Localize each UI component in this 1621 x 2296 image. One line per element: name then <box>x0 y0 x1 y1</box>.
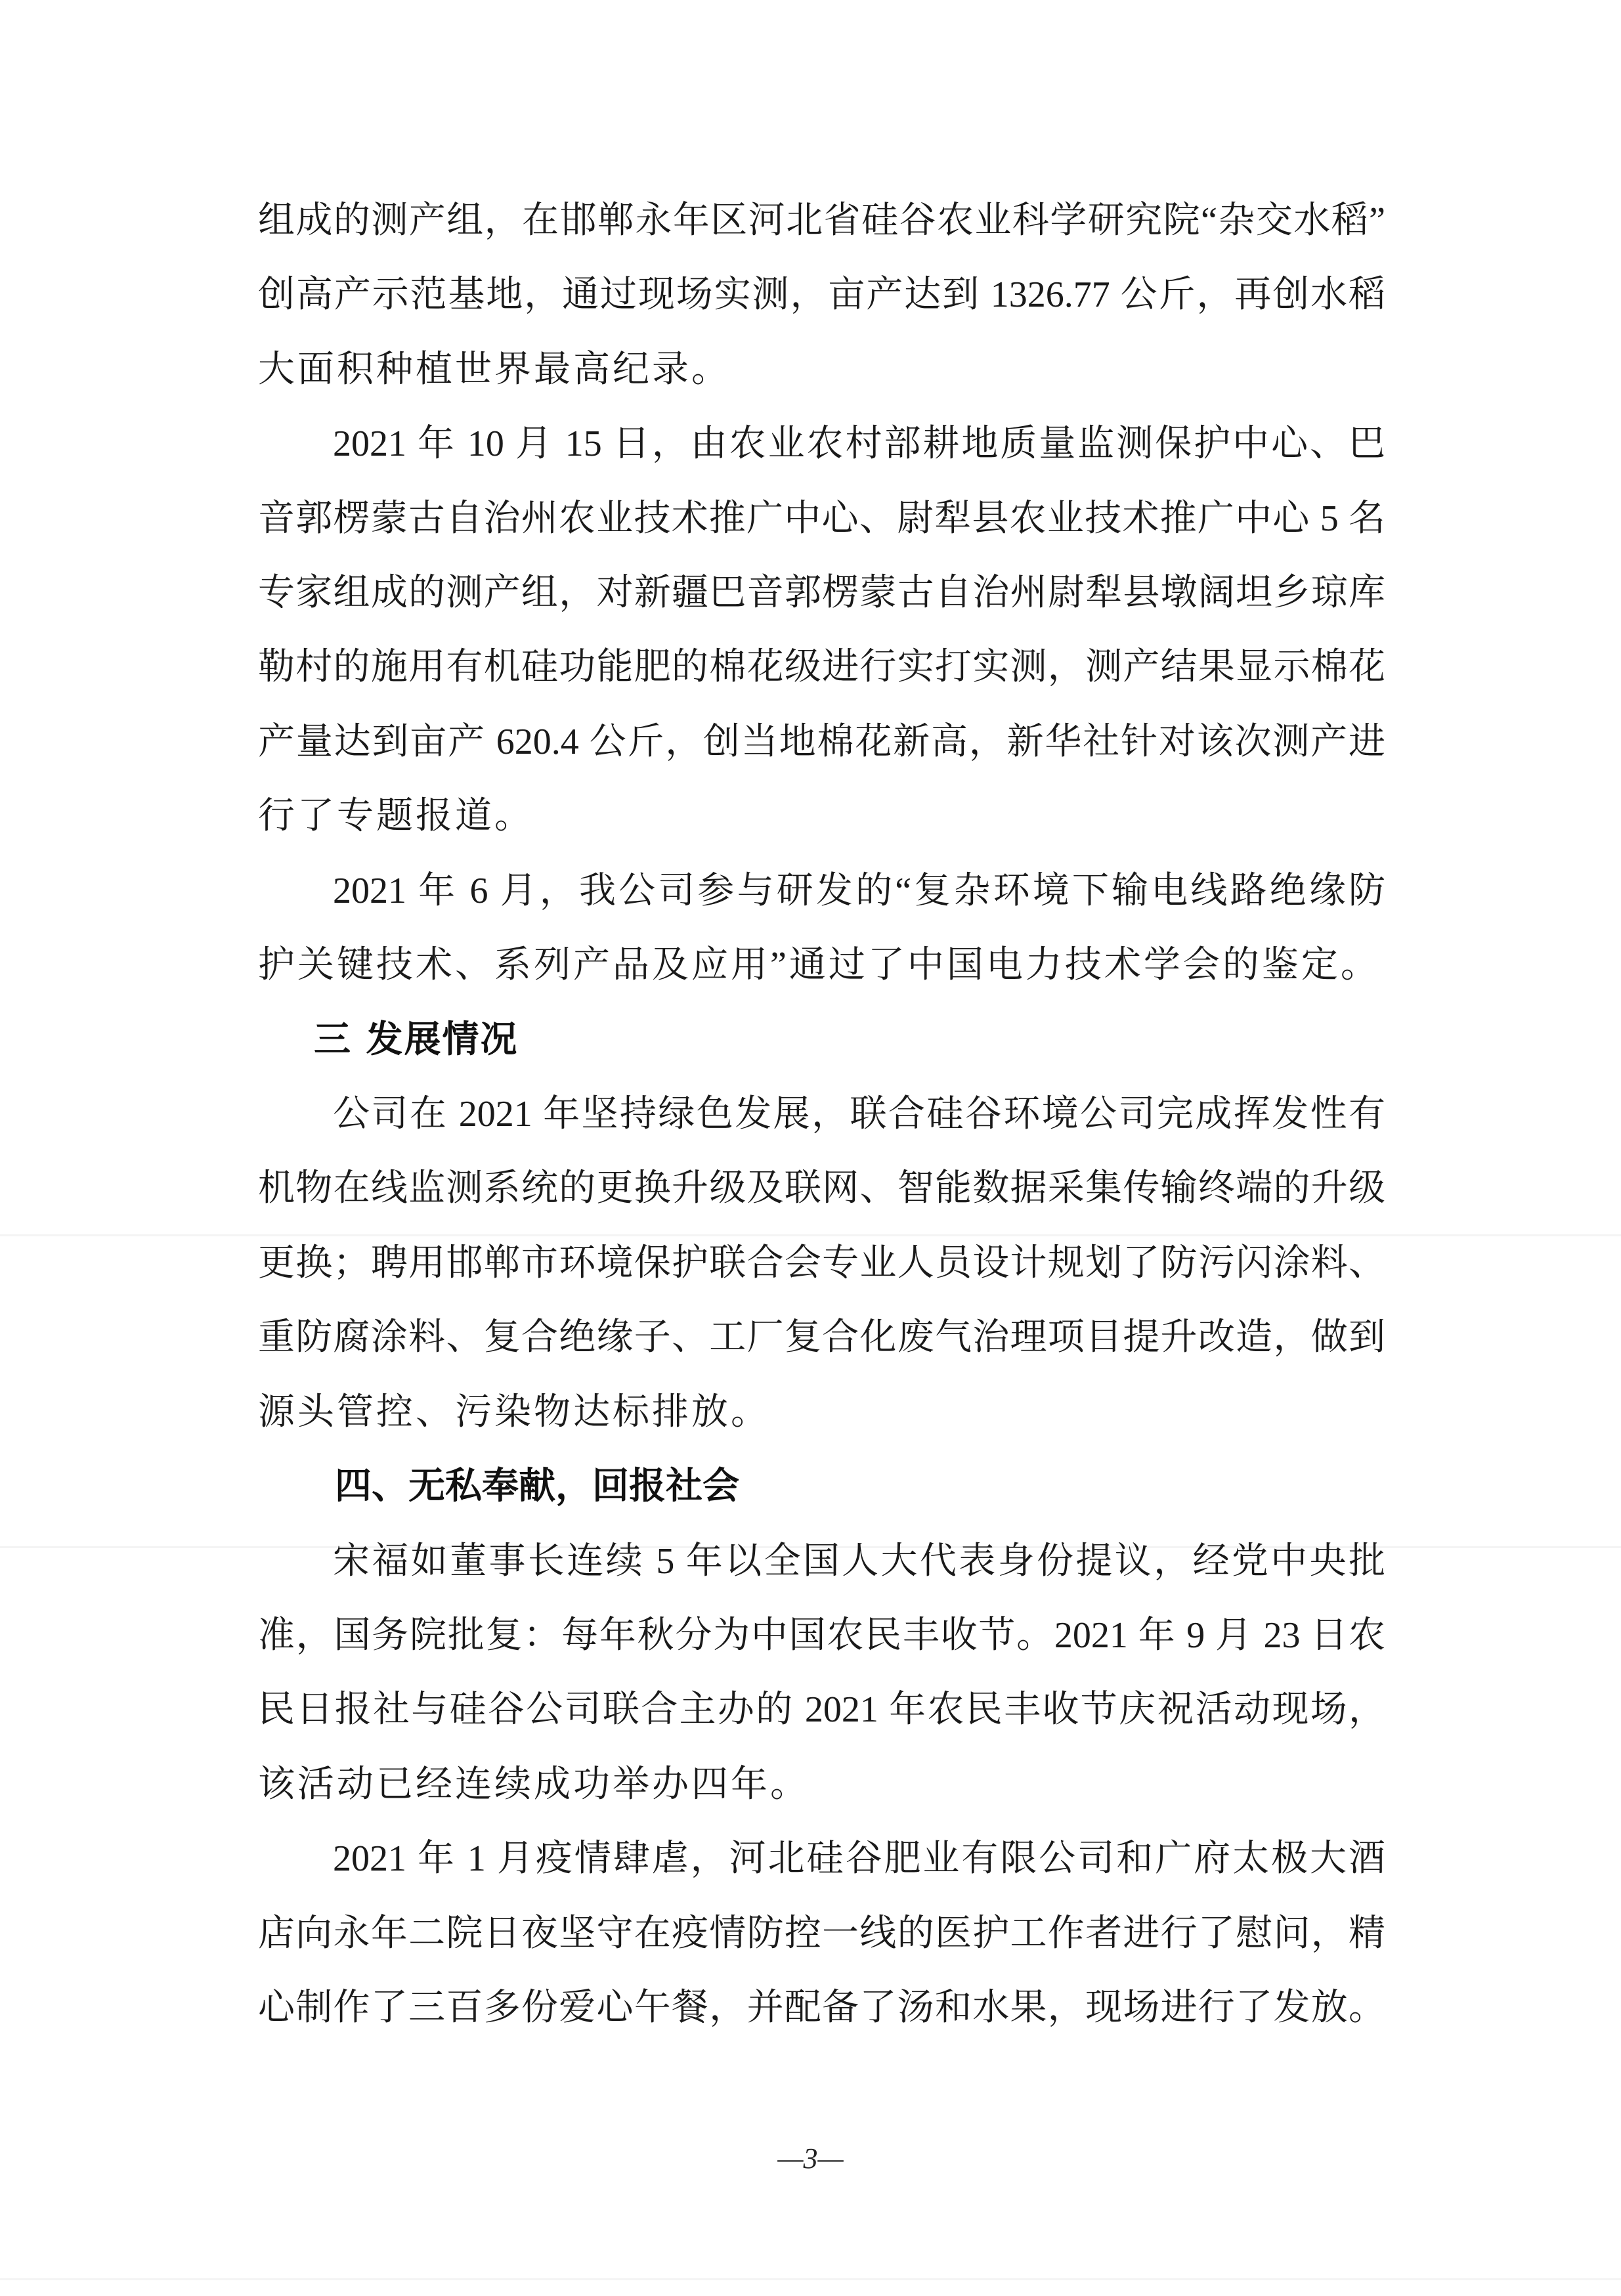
paragraph-line: 护关键技术、系列产品及应用”通过了中国电力技术学会的鉴定。 <box>258 943 1385 987</box>
section-heading-giving-back: 四、无私奉献，回报社会 <box>335 1465 739 1508</box>
paragraph-line: 民日报社与硅谷公司联合主办的 2021 年农民丰收节庆祝活动现场， <box>258 1688 1385 1731</box>
paragraph-line: 勒村的施用有机硅功能肥的棉花级进行实打实测，测产结果显示棉花 <box>258 645 1385 689</box>
paragraph-line: 2021 年 1 月疫情肆虐，河北硅谷肥业有限公司和广府太极大酒 <box>333 1837 1385 1880</box>
paragraph-line: 组成的测产组，在邯郸永年区河北省硅谷农业科学研究院“杂交水稻” <box>258 199 1385 242</box>
paragraph-line: 音郭楞蒙古自治州农业技术推广中心、尉犁县农业技术推广中心 5 名 <box>258 497 1385 540</box>
document-page: 组成的测产组，在邯郸永年区河北省硅谷农业科学研究院“杂交水稻” 创高产示范基地，… <box>0 0 1621 2296</box>
paragraph-line: 机物在线监测系统的更换升级及联网、智能数据采集传输终端的升级 <box>258 1167 1385 1210</box>
paragraph-line: 宋福如董事长连续 5 年以全国人大代表身份提议，经党中央批 <box>333 1540 1385 1583</box>
paragraph-line: 2021 年 10 月 15 日，由农业农村部耕地质量监测保护中心、巴 <box>333 422 1385 466</box>
paragraph-line: 该活动已经连续成功举办四年。 <box>258 1763 1385 1806</box>
paragraph-line: 专家组成的测产组，对新疆巴音郭楞蒙古自治州尉犁县墩阔坦乡琼库 <box>258 571 1385 615</box>
paragraph-line: 源头管控、污染物达标排放。 <box>258 1391 1385 1434</box>
scan-artifact <box>0 2278 1621 2280</box>
paragraph-line: 行了专题报道。 <box>258 794 1385 838</box>
page-number: —3— <box>0 2142 1621 2175</box>
paragraph-line: 2021 年 6 月，我公司参与研发的“复杂环境下输电线路绝缘防 <box>333 869 1385 913</box>
paragraph-line: 更换；聘用邯郸市环境保护联合会专业人员设计规划了防污闪涂料、 <box>258 1242 1385 1285</box>
paragraph-line: 公司在 2021 年坚持绿色发展，联合硅谷环境公司完成挥发性有 <box>333 1093 1385 1136</box>
paragraph-line: 创高产示范基地，通过现场实测，亩产达到 1326.77 公斤，再创水稻 <box>258 273 1385 316</box>
paragraph-line: 大面积种植世界最高纪录。 <box>258 348 1385 391</box>
paragraph-line: 心制作了三百多份爱心午餐，并配备了汤和水果，现场进行了发放。 <box>258 1986 1385 2029</box>
paragraph-line: 准，国务院批复：每年秋分为中国农民丰收节。2021 年 9 月 23 日农 <box>258 1614 1385 1657</box>
scan-artifact <box>0 1234 1621 1236</box>
paragraph-line: 店向永年二院日夜坚守在疫情防控一线的医护工作者进行了慰问，精 <box>258 1912 1385 1955</box>
paragraph-line: 产量达到亩产 620.4 公斤，创当地棉花新高，新华社针对该次测产进 <box>258 720 1385 764</box>
section-heading-development: 三 发展情况 <box>314 1018 519 1062</box>
paragraph-line: 重防腐涂料、复合绝缘子、工厂复合化废气治理项目提升改造，做到 <box>258 1316 1385 1359</box>
